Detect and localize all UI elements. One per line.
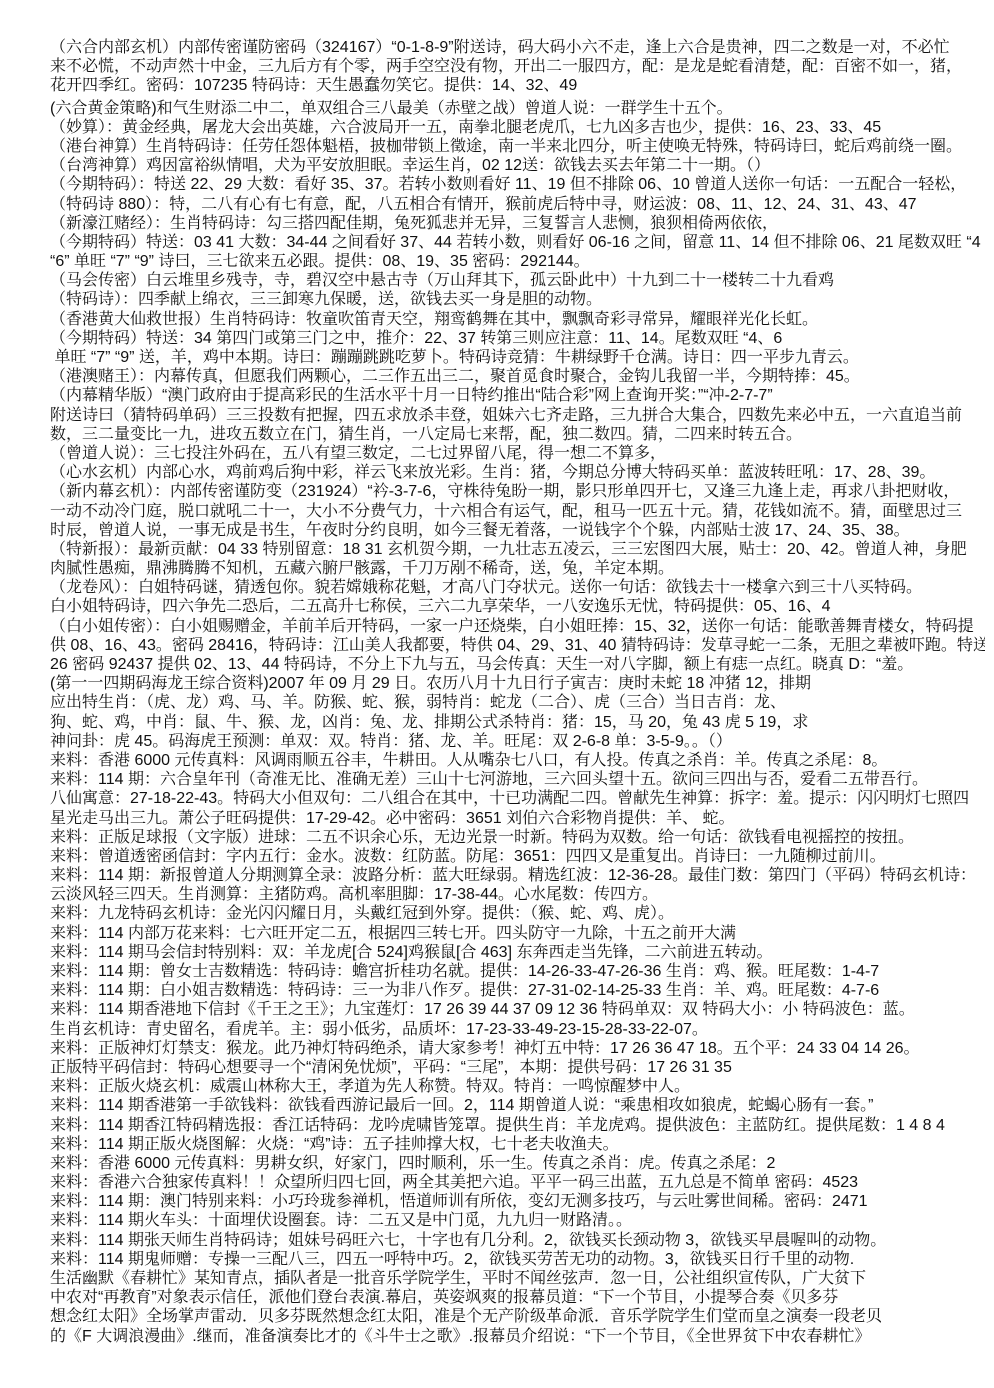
text-line: 星光走马出三九。萧公子旺码提供：17-29-42。必中密码：3651 刘伯六合彩… xyxy=(50,809,985,828)
text-line: （马会传密）白云堆里乡残寺，寺，碧汉空中悬古寺（万山拜其下，孤云卧此中）十九到二… xyxy=(50,271,985,290)
text-line: 想念红太阳》全场掌声雷动．贝多芬既然想念红太阳，准是个无产阶级革命派．音乐学院学… xyxy=(50,1307,985,1326)
text-line: 神问卦：虎 45。码海虎王预测：单双：双。特肖：猪、龙、羊。旺尾：双 2-6-8… xyxy=(50,732,985,751)
text-line: 来料：114 内部万花来料：七六旺开定二五，根据四三转七开。四头防守一九除，十五… xyxy=(50,924,985,943)
text-line: （港澳赌王）：内幕传真，但愿我们两颗心，二三作五出三二，聚首觅食时聚合，金钩儿我… xyxy=(50,367,985,386)
text-line: 来不必慌，不动声然十中金，三九后方有个零，两手空空没有物，开出二一服四方，配：是… xyxy=(50,57,985,76)
text-line: 来料：正版火烧玄机：威震山林称大王，孝道为先人称赞。特双。特肖：一鸣惊醒梦中人。 xyxy=(50,1077,985,1096)
text-line: 正版特平码信封：特码心想要寻一个“清闲免忧烦”，平码：“三尾”，本期：提供号码：… xyxy=(50,1058,985,1077)
text-line: 来料：香港 6000 元传真料：风调雨顺五谷丰，牛耕田。人从嘴杂七八口，有人投。… xyxy=(50,751,985,770)
text-line: 来料：114 期马会信封特别料：双：羊龙虎[合 524]鸡猴鼠[合 463] 东… xyxy=(50,943,985,962)
text-line: 来料：114 期：六合皇年刊（奇准无比、准确无差）三山十七河游地，三六回头望十五… xyxy=(50,770,985,789)
text-line: 单旺 “7” “9” 送，羊，鸡中本期。诗曰：蹦蹦跳跳吃萝卜。特码诗竞猜：牛耕绿… xyxy=(50,348,985,367)
text-line: (第一一四期码海龙王综合资料)2007 年 09 月 29 日。农历八月十九日行… xyxy=(50,674,985,693)
text-line: （妙算）：黄金经典，屠龙大会出英雄，六合波局开一五，南拳北腿老虎爪，七九凶多吉也… xyxy=(50,118,985,137)
text-line: （心水玄机）内部心水，鸡前鸡后狗中彩，祥云飞来放光彩。生肖：猪，今期总分博大特码… xyxy=(50,463,985,482)
text-line: 供 08、16、43。密码 28416，特码诗：江山美人我都要，特供 04、29… xyxy=(50,636,985,655)
text-line: 来料：曾道透密函信封：字内五行：金水。波数：红防蓝。防尾：3651：四四又是重复… xyxy=(50,847,985,866)
text-line: （曾道人说）：三七投注外码在，五八有望三数定，二七过界留八尾，得一想二不算多， xyxy=(50,444,985,463)
text-line: （今期特码）：特送 22、29 大数：看好 35、37。若转小数则看好 11、1… xyxy=(50,175,985,194)
text-line: 来料：九龙特码玄机诗：金光闪闪耀日月，头戴红冠到外穿。提供：（猴、蛇、鸡、虎）。 xyxy=(50,904,985,923)
text-line: 狗、蛇、鸡，中肖：鼠、牛、猴、龙，凶肖：兔、龙、排期公式杀特肖：猪：15，马 2… xyxy=(50,713,985,732)
text-line: 来料：114 期：曾女士吉数精选：特码诗：蟾宫折桂功名就。提供：14-26-33… xyxy=(50,962,985,981)
text-line: （台湾神算）鸡因富裕纵情唱，犬为平安放胆眠。幸运生肖，02 12送：欲钱去买去年… xyxy=(50,156,985,175)
text-line: (六合黄金策略)和气生财添二中二，单双组合三八最美（赤壁之战）曾道人说：一群学生… xyxy=(50,99,985,118)
text-line: （香港黄大仙救世报）生肖特码诗：牧童吹笛青天空，翔鸾鹤舞在其中，飘飘奇彩寻常异，… xyxy=(50,310,985,329)
text-line: 八仙寓意：27-18-22-43。特码大小但双句：二八组合在其中，十已功满配二四… xyxy=(50,789,985,808)
text-line: （港台神算）生肖特码诗：任劳任怨体魁梧，披枷带锁上徵途，南一半来北四分，听主使唤… xyxy=(50,137,985,156)
text-line: 肉腻性愚痴，鼎沸腾腾不知机，五藏六腑尸骸露，千刀万剐不稀奇，送，兔，羊定本期。 xyxy=(50,559,985,578)
text-line: 来料：香港六合独家传真料！！众望所归四七回，两全其美把六追。平平一码三出蓝，五九… xyxy=(50,1173,985,1192)
text-line: （六合内部玄机）内部传密谨防密码（324167）“0-1-8-9”附送诗，码大码… xyxy=(50,38,985,57)
text-line: 中农对“再教育”对象表示信任，派他们登台表演.幕启，英姿飒爽的报幕员道：“下一个… xyxy=(50,1288,985,1307)
text-line: （新濠江赌经）：生肖特码诗：勾三搭四配佳期，兔死狐悲并无异，三复誓言人悲恻，狼狈… xyxy=(50,214,985,233)
text-line: （白小姐传密）：白小姐赐赠金，羊前羊后开特码，一家一户还烧柴，白小姐旺捧：15、… xyxy=(50,617,985,636)
text-line: 云淡风轻三四天。生肖测算：主猪防鸡。高机率胆脚：17-38-44。心水尾数：传四… xyxy=(50,885,985,904)
text-line: 应出特生肖：（虎、龙）鸡、马、羊。防猴、蛇、猴，弱特肖：蛇龙（二合）、虎（三合）… xyxy=(50,693,985,712)
text-line: （特新报）：最新贡献：04 33 特别留意：18 31 玄机贺今期，一九壮志五凌… xyxy=(50,540,985,559)
text-line: 来料：114 期香港地下信封《千王之王》；九宝莲灯：17 26 39 44 37… xyxy=(50,1000,985,1019)
text-line: 来料：114 期：澳门特别来料：小巧玲珑参禅机，悟道师训有所依，变幻无测多技巧，… xyxy=(50,1192,985,1211)
text-line: （新内幕玄机）：内部传密谨防变（231924）“衿-3-7-6，守株待兔盼一期，… xyxy=(50,482,985,501)
text-line: 时辰，曾道人说，一事无成是书生，午夜时分约良明，如今三餐无着落，一说钱字个个躲，… xyxy=(50,521,985,540)
text-line: 来料：香港 6000 元传真料：男耕女织，好家门，四时顺利，乐一生。传真之杀肖：… xyxy=(50,1154,985,1173)
text-line: （今期特码）特送：03 41 大数：34-44 之间看好 37、44 若转小数，… xyxy=(50,233,985,252)
text-line: 来料：114 期：白小姐吉数精选：特码诗：三一为非八作歹。提供：27-31-02… xyxy=(50,981,985,1000)
text-line: （特码诗）：四季献上绵衣，三三卸寒九保暖，送，欲钱去买一身是胆的动物。 xyxy=(50,290,985,309)
text-line: 来料：114 期香江特码精选报：香江话特码：龙吟虎啸皆笼罩。提供生肖：羊龙虎鸡。… xyxy=(50,1116,985,1135)
text-line: 的《F 大调浪漫曲》.继而，准备演奏比才的《斗牛士之歌》.报幕员介绍说：“下一个… xyxy=(50,1327,985,1346)
text-line: 26 密码 92437 提供 02、13、44 特码诗，不分上下九与五，马会传真… xyxy=(50,655,985,674)
document-page: （六合内部玄机）内部传密谨防密码（324167）“0-1-8-9”附送诗，码大码… xyxy=(0,0,994,1388)
text-line: 来料：114 期正版火烧图解：火烧：“鸡”诗：五子挂帅撑大权，七十老夫收渔夫。 xyxy=(50,1135,985,1154)
text-line: （内幕精华版）“澳门政府由于提高彩民的生活水平十月一日特约推出“陆合彩”网上查询… xyxy=(50,386,985,405)
text-line: 数，三二量变比一九，进攻五数立在门，猜生肖，一八定局七来帮，配，独二数四。猜，二… xyxy=(50,425,985,444)
text-line: 来料：114 期张天师生肖特码诗；姐妹号码旺六七，十字也有几分利。2，欲钱买长颈… xyxy=(50,1231,985,1250)
text-line: （龙卷风）：白姐特码谜，猜透包你。貌若嫦娥称花魁，才高八门夺状元。送你一句话：欲… xyxy=(50,578,985,597)
text-line: “6” 单旺 “7” “9” 诗曰，三七欲来五必跟。提供：08、19、35 密码… xyxy=(50,252,985,271)
text-line: （今期特码）特送：34 第四门或第三门之中，推介：22、37 转第三则应注意：1… xyxy=(50,329,985,348)
text-line: 来料：114 期鬼师赠：专操一三配八三，四五一呼特中巧。2，欲钱买劳苦无功的动物… xyxy=(50,1250,985,1269)
text-line: 来料：114 期：新报曾道人分期测算全录：波路分析：蓝大旺绿弱。精选红波：12-… xyxy=(50,866,985,885)
text-line: 来料：114 期火车头：十面埋伏设圈套。诗：二五又是中门觅，九九归一财路清。。 xyxy=(50,1211,985,1230)
text-line: 来料：正版足球报（文字版）进球：二五不识余心乐，无边光景一时新。特码为双数。给一… xyxy=(50,828,985,847)
text-line: （特码诗 880）：特，二八有心有七有意，配，八五相合有情开，猴前虎后特中寻，财… xyxy=(50,195,985,214)
text-line: 来料：114 期香港第一手欲钱料：欲钱看西游记最后一回。2，114 期曾道人说：… xyxy=(50,1096,985,1115)
text-line: 来料：正版神灯灯禁支：猴龙。此乃神灯特码绝杀，请大家参考！神灯五中特：17 26… xyxy=(50,1039,985,1058)
text-line: 生活幽默《春耕忙》某知青点，插队者是一批音乐学院学生，平时不闻丝弦声．忽一日，公… xyxy=(50,1269,985,1288)
text-line: 白小姐特码诗，四六争先二恐后，二五高升七称侯，三六二九享荣华，一八安逸乐无忧，特… xyxy=(50,597,985,616)
text-line: 一动不动冷门庭，脱口就吼二十一，大小不分费气力，十六相合有运气，配，租马一匹五十… xyxy=(50,502,985,521)
text-line: 花开四季红。密码：107235 特码诗：天生愚蠢勿笑它。提供：14、32、49 xyxy=(50,76,985,95)
text-line: 生肖玄机诗：青史留名，看虎羊。主：弱小低劣，品质坏：17-23-33-49-23… xyxy=(50,1020,985,1039)
text-line: 附送诗曰（猜特码单码）三三投数有把握，四五求放杀丰登，姐妹六七齐走路，三九拼合大… xyxy=(50,406,985,425)
